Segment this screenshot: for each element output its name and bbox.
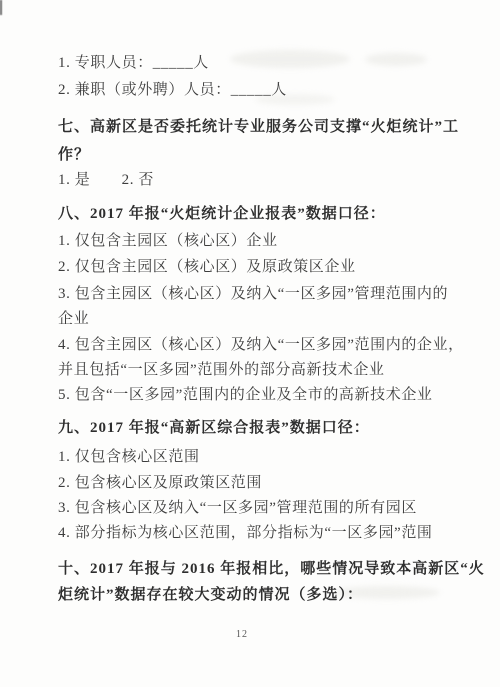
q10-heading-line-2: 炬统计”数据存在较大变动的情况（多选）： xyxy=(58,586,363,605)
q8-option-4-line-2: 并且包括“一区多园”范围外的部分高新技术企业 xyxy=(58,361,385,380)
q6-option-2-parttime-staff: 2. 兼职（或外聘）人员：_____人 xyxy=(58,81,287,100)
q7-heading-line-2: 作？ xyxy=(58,146,90,165)
q7-options-yes-no: 1. 是 2. 否 xyxy=(58,171,154,190)
q8-heading: 八、2017 年报“火炬统计企业报表”数据口径： xyxy=(58,205,386,224)
q9-heading: 九、2017 年报“高新区综合报表”数据口径： xyxy=(58,419,370,438)
q8-option-1: 1. 仅包含主园区（核心区）企业 xyxy=(58,232,278,251)
scan-edge-artifact xyxy=(0,0,2,15)
q8-option-4-line-1: 4. 包含主园区（核心区）及纳入“一区多园”范围内的企业， xyxy=(58,336,464,355)
q9-option-2: 2. 包含核心区及原政策区范围 xyxy=(58,474,262,493)
q7-heading-line-1: 七、高新区是否委托统计专业服务公司支撑“火炬统计”工 xyxy=(58,118,459,137)
q9-option-3: 3. 包含核心区及纳入“一区多园”管理范围的所有园区 xyxy=(58,499,417,518)
scanned-document-page: 1. 专职人员：_____人 2. 兼职（或外聘）人员：_____人 七、高新区… xyxy=(0,0,500,687)
q8-option-2: 2. 仅包含主园区（核心区）及原政策区企业 xyxy=(58,258,356,277)
q9-option-1: 1. 仅包含核心区范围 xyxy=(58,448,200,467)
scan-bleedthrough-artifact xyxy=(365,53,427,66)
q6-option-1-fulltime-staff: 1. 专职人员：_____人 xyxy=(58,54,209,73)
scan-bleedthrough-artifact xyxy=(230,50,350,68)
q9-option-4: 4. 部分指标为核心区范围，部分指标为“一区多园”范围 xyxy=(58,524,433,543)
page-number: 12 xyxy=(0,629,484,640)
q8-option-3-line-2: 企业 xyxy=(58,310,89,329)
q10-heading-line-1: 十、2017 年报与 2016 年报相比，哪些情况导致本高新区“火 xyxy=(58,560,485,579)
q8-option-3-line-1: 3. 包含主园区（核心区）及纳入“一区多园”管理范围内的 xyxy=(58,285,448,304)
q8-option-5: 5. 包含“一区多园”范围内的企业及全市的高新技术企业 xyxy=(58,386,433,405)
